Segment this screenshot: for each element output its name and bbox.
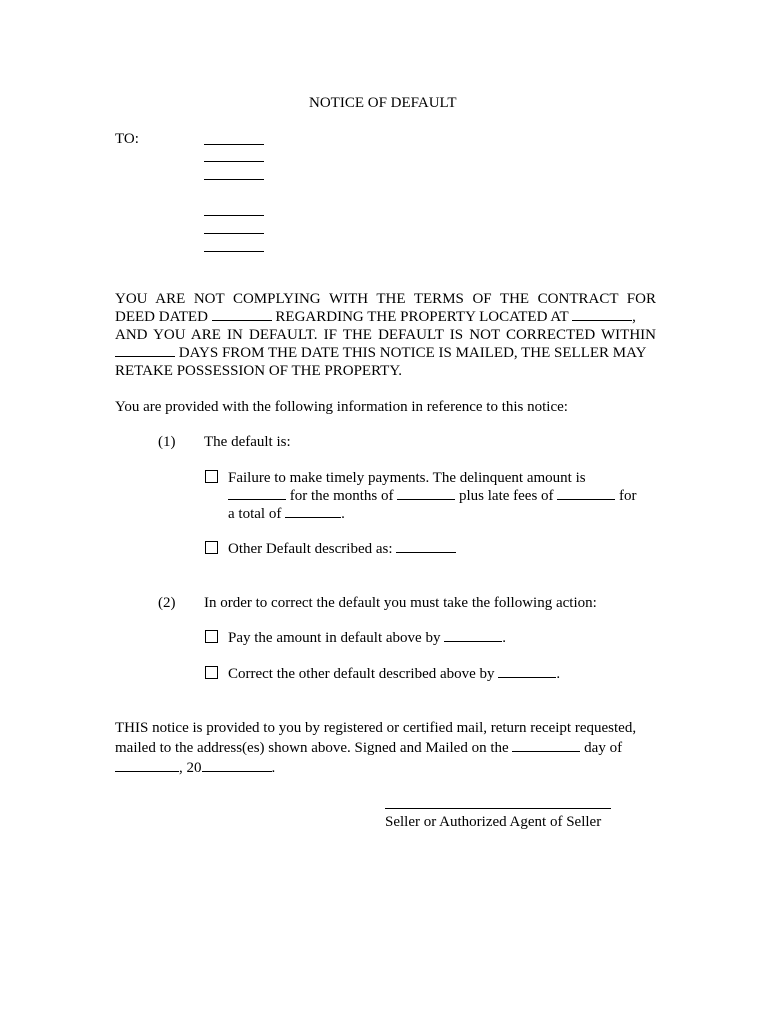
to-address-line-3[interactable] [204,179,264,180]
option-payments-line2: for the months of plus late fees of for [228,487,637,505]
static-text: . [556,666,560,682]
signature-label: Seller or Authorized Agent of Seller [385,813,601,831]
section-1-number: (1) [158,433,176,451]
paragraph-line: AND YOU ARE IN DEFAULT. IF THE DEFAULT I… [115,326,656,344]
property-location-blank[interactable] [572,308,632,321]
checkbox-pay-amount[interactable] [205,630,218,643]
static-text: day of [584,740,622,756]
delinquent-amount-blank[interactable] [228,487,286,500]
signature-line[interactable] [385,808,611,809]
paragraph-line: DEED DATED REGARDING THE PROPERTY LOCATE… [115,308,656,326]
static-text: Pay the amount in default above by [228,630,440,646]
option-payments-line3: a total of . [228,505,345,523]
section-2-number: (2) [158,594,176,612]
correct-by-date-blank[interactable] [498,665,556,678]
month-blank[interactable] [115,759,179,772]
static-text: mailed to the address(es) shown above. S… [115,740,509,756]
to-address-line-4[interactable] [204,215,264,216]
to-address-line-6[interactable] [204,251,264,252]
closing-line1: THIS notice is provided to you by regist… [115,719,636,737]
option-correct-other: Correct the other default described abov… [228,665,560,683]
static-text: . [341,506,345,522]
option-pay-amount: Pay the amount in default above by . [228,629,506,647]
option-other-default: Other Default described as: [228,540,456,558]
to-address-line-1[interactable] [204,144,264,145]
to-address-line-5[interactable] [204,233,264,234]
year-blank[interactable] [202,759,272,772]
static-text: REGARDING THE PROPERTY LOCATED AT [275,309,568,325]
section-2-heading: In order to correct the default you must… [204,594,597,612]
closing-line2: mailed to the address(es) shown above. S… [115,739,622,757]
days-blank[interactable] [115,344,175,357]
static-text: . [272,760,276,776]
static-text: DEED DATED [115,309,208,325]
static-text: , 20 [179,760,202,776]
section-1-heading: The default is: [204,433,291,451]
closing-line3: , 20. [115,759,275,777]
static-text: , [632,309,636,325]
static-text: DAYS FROM THE DATE THIS NOTICE IS MAILED… [179,345,647,361]
static-text: for the months of [290,488,394,504]
checkbox-other-default[interactable] [205,541,218,554]
day-blank[interactable] [512,739,580,752]
page-title: NOTICE OF DEFAULT [309,94,457,112]
to-label: TO: [115,130,139,148]
static-text: Other Default described as: [228,541,393,557]
static-text: . [502,630,506,646]
paragraph-line: YOU ARE NOT COMPLYING WITH THE TERMS OF … [115,290,656,308]
total-blank[interactable] [285,505,341,518]
to-address-line-2[interactable] [204,161,264,162]
option-payments-line1: Failure to make timely payments. The del… [228,469,586,487]
months-blank[interactable] [397,487,455,500]
other-default-blank[interactable] [396,540,456,553]
paragraph-line: RETAKE POSSESSION OF THE PROPERTY. [115,362,402,380]
static-text: a total of [228,506,281,522]
deed-date-blank[interactable] [212,308,272,321]
static-text: plus late fees of [459,488,554,504]
checkbox-correct-other[interactable] [205,666,218,679]
static-text: for [619,488,637,504]
late-fees-blank[interactable] [557,487,615,500]
pay-by-date-blank[interactable] [444,629,502,642]
intro-text: You are provided with the following info… [115,398,568,416]
paragraph-line: DAYS FROM THE DATE THIS NOTICE IS MAILED… [115,344,646,362]
static-text: Correct the other default described abov… [228,666,495,682]
checkbox-failure-payments[interactable] [205,470,218,483]
